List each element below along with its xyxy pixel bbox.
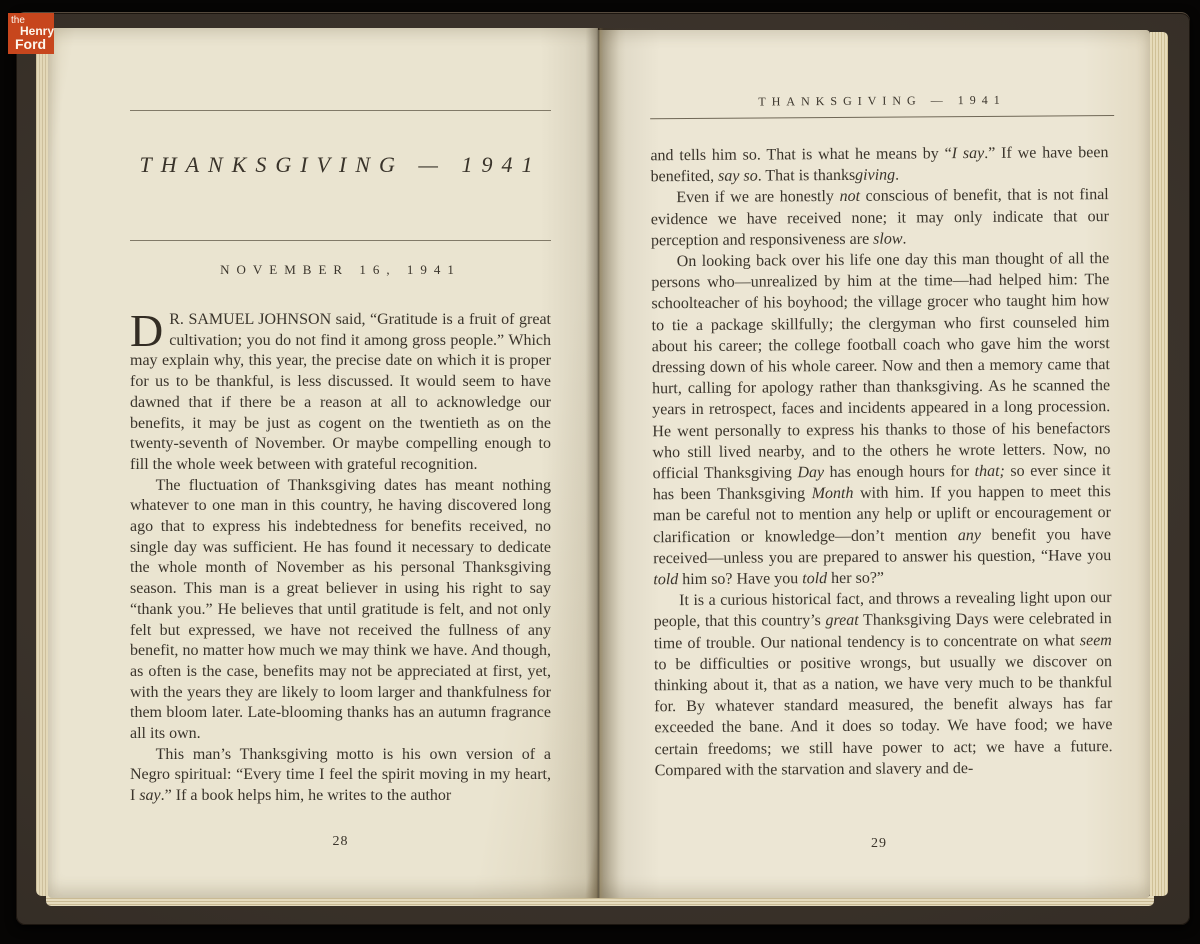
paragraph: This man’s Thanksgiving motto is his own… bbox=[130, 745, 551, 807]
running-head: THANKSGIVING — 1941 bbox=[650, 92, 1114, 119]
paragraph: On looking back over his life one day th… bbox=[651, 248, 1111, 590]
chapter-rule-top bbox=[130, 110, 551, 111]
chapter-rule-bottom bbox=[130, 240, 551, 241]
left-page-body: DR. SAMUEL JOHNSON said, “Gratitude is a… bbox=[130, 310, 551, 807]
paragraph: The fluctuation of Thanksgiving dates ha… bbox=[130, 476, 551, 745]
henry-ford-logo: the Henry Ford bbox=[8, 13, 54, 54]
page-number-left: 28 bbox=[130, 834, 551, 850]
paragraph: DR. SAMUEL JOHNSON said, “Gratitude is a… bbox=[130, 310, 551, 476]
chapter-title: THANKSGIVING — 1941 bbox=[130, 152, 551, 178]
right-page-content: THANKSGIVING — 1941 and tells him so. Th… bbox=[650, 92, 1113, 781]
fore-edge-page-stack bbox=[1150, 32, 1168, 896]
paragraph: Even if we are honestly not conscious of… bbox=[651, 184, 1109, 251]
paragraph: It is a curious historical fact, and thr… bbox=[653, 587, 1112, 781]
right-page-body: and tells him so. That is what he means … bbox=[650, 142, 1112, 781]
paragraph: and tells him so. That is what he means … bbox=[650, 142, 1108, 188]
logo-text-ford: Ford bbox=[15, 37, 46, 51]
drop-cap: D bbox=[130, 310, 169, 349]
page-number-right: 29 bbox=[650, 836, 1108, 852]
date-line: NOVEMBER 16, 1941 bbox=[130, 262, 551, 278]
